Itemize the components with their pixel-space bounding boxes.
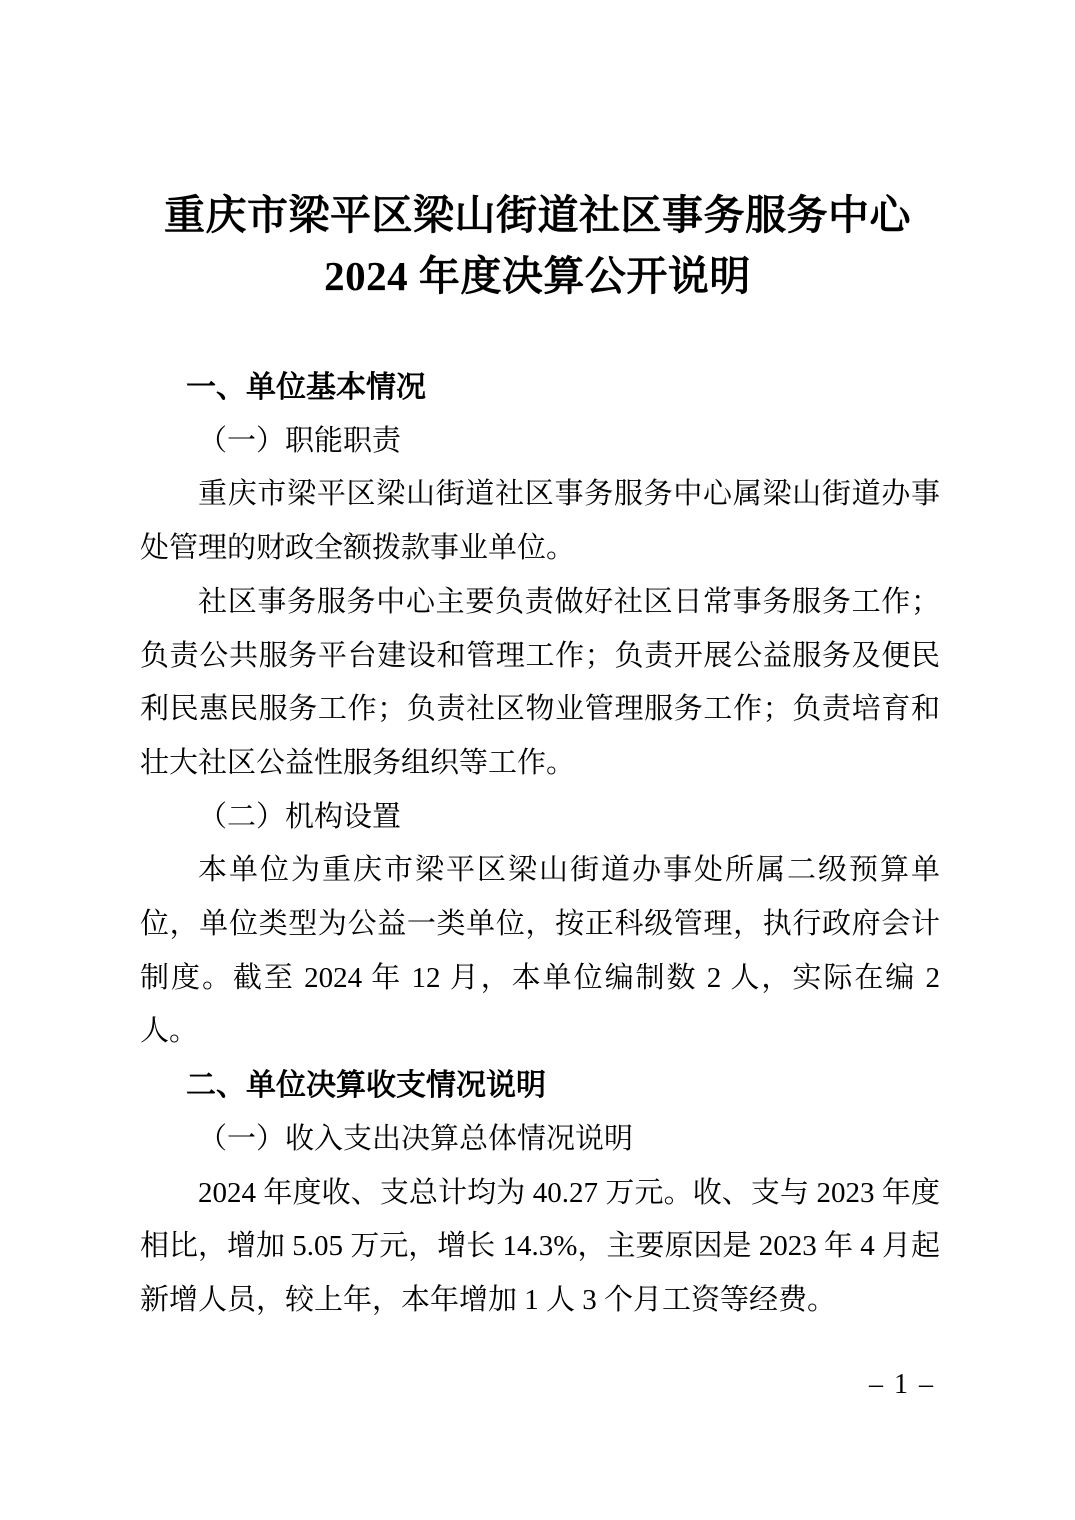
subsection-heading-1-2: （二）机构设置 (140, 791, 940, 845)
document-body: 一、单位基本情况 （一）职能职责 重庆市梁平区梁山街道社区事务服务中心属梁山街道… (140, 361, 940, 1328)
section-heading-2: 二、单位决算收支情况说明 (140, 1059, 940, 1113)
paragraph-organization: 本单位为重庆市梁平区梁山街道办事处所属二级预算单位，单位类型为公益一类单位，按正… (140, 844, 940, 1059)
document-page: 重庆市梁平区梁山街道社区事务服务中心 2024 年度决算公开说明 一、单位基本情… (0, 0, 1075, 1520)
paragraph-functions-2: 社区事务服务中心主要负责做好社区日常事务服务工作；负责公共服务平台建设和管理工作… (140, 576, 940, 791)
subsection-heading-1-1: （一）职能职责 (140, 415, 940, 469)
document-title: 重庆市梁平区梁山街道社区事务服务中心 2024 年度决算公开说明 (0, 0, 1075, 307)
document-title-line2: 2024 年度决算公开说明 (0, 246, 1075, 307)
section-heading-1: 一、单位基本情况 (140, 361, 940, 415)
paragraph-budget-summary: 2024 年度收、支总计均为 40.27 万元。收、支与 2023 年度相比，增… (140, 1167, 940, 1328)
document-title-line1: 重庆市梁平区梁山街道社区事务服务中心 (0, 185, 1075, 246)
page-number: – 1 – (869, 1368, 935, 1402)
paragraph-functions-1: 重庆市梁平区梁山街道社区事务服务中心属梁山街道办事处管理的财政全额拨款事业单位。 (140, 468, 940, 575)
subsection-heading-2-1: （一）收入支出决算总体情况说明 (140, 1113, 940, 1167)
